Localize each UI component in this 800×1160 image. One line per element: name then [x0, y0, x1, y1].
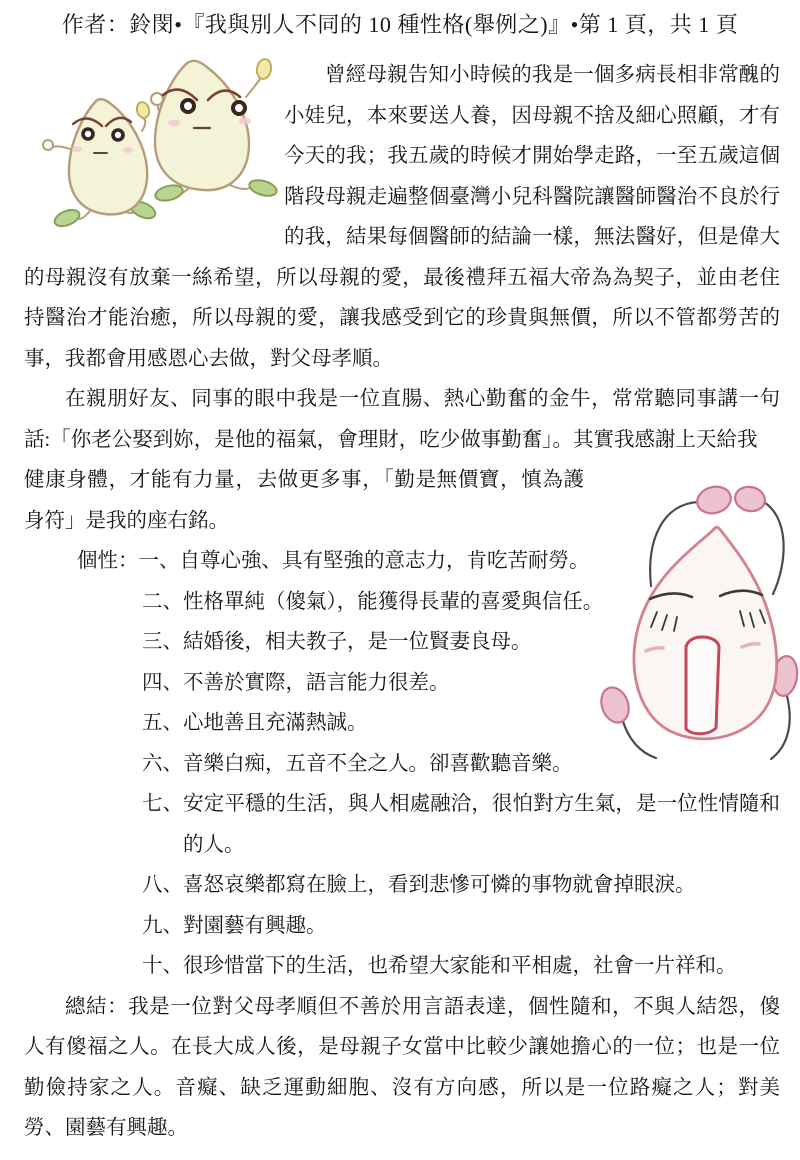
crying-drop-image [594, 470, 800, 768]
document-page: 作者：鈴閔•『我與別人不同的 10 種性格(舉例之)』•第 1 頁，共 1 頁 [0, 0, 800, 1160]
personality-item-9: 九、對園藝有興趣。 [142, 906, 780, 947]
personality-item-1: 一、自尊心強、具有堅強的意志力，肯吃苦耐勞。 [139, 550, 590, 572]
story-paragraph-2a: 在親朋好友、同事的眼中我是一位直腸、熱心勤奮的金牛，常常聽同事講一句話:「你老公… [24, 379, 780, 460]
story-paragraph-2b: 健康身體，才能有力量，去做更多事，「勤是無價寶，慎為護身符」是我的座右銘。 [24, 460, 584, 541]
personality-item-7: 七、安定平穩的生活，與人相處融洽，很怕對方生氣，是一位性情隨和的人。 [142, 784, 780, 865]
summary-paragraph: 總結：我是一位對父母孝順但不善於用言語表達，個性隨和，不與人結怨，傻人有傻福之人… [24, 987, 780, 1149]
personality-item-8: 八、喜怒哀樂都寫在臉上，看到悲慘可憐的事物就會掉眼淚。 [142, 865, 780, 906]
crying-drop-illustration [594, 470, 800, 768]
page-title: 作者：鈴閔•『我與別人不同的 10 種性格(舉例之)』•第 1 頁，共 1 頁 [0, 0, 800, 42]
running-drops-illustration [24, 55, 284, 255]
personality-item-10: 十、很珍惜當下的生活，也希望大家能和平相處，社會一片祥和。 [142, 946, 780, 987]
personality-label: 個性： [77, 550, 139, 572]
running-drops-image [24, 57, 282, 263]
